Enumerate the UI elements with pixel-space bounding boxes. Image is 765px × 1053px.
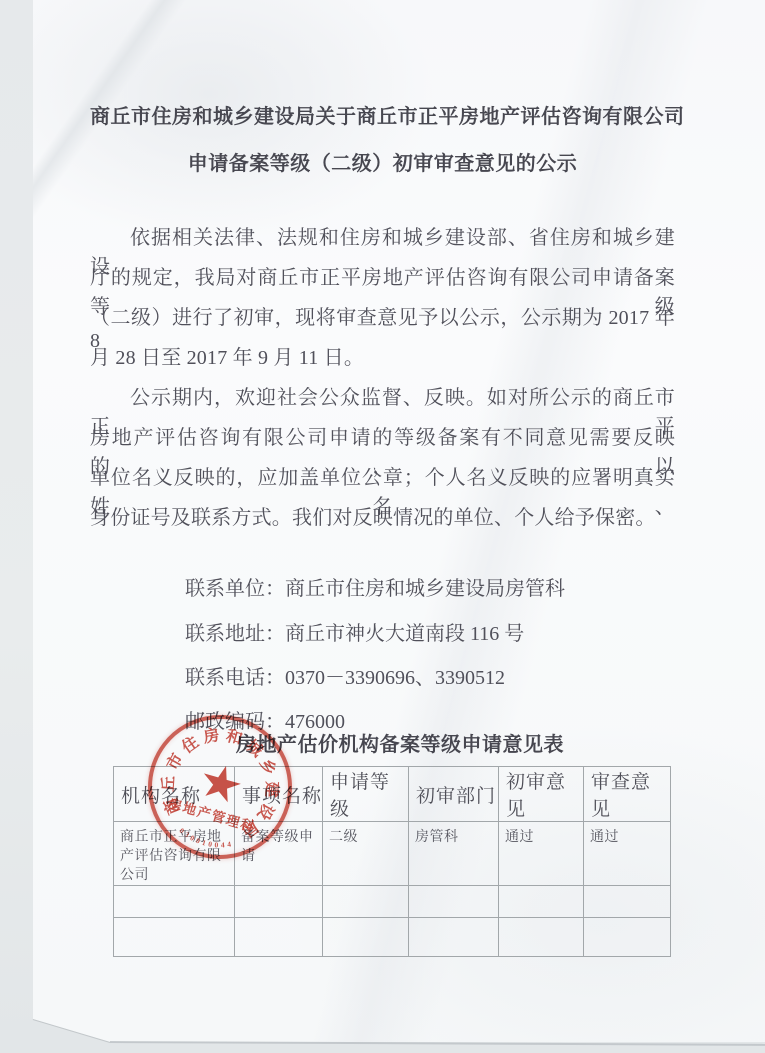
contact-address-line: 联系地址：商丘市神火大道南段 116 号	[185, 617, 524, 646]
scanned-document: 商丘市住房和城乡建设局关于商丘市正平房地产评估咨询有限公司 申请备案等级（二级）…	[0, 0, 765, 1053]
table-cell	[409, 886, 499, 918]
table-cell	[235, 886, 323, 918]
notice-title-line-1: 商丘市住房和城乡建设局关于商丘市正平房地产评估咨询有限公司	[90, 100, 675, 129]
table-row	[114, 918, 671, 957]
notice-document: 商丘市住房和城乡建设局关于商丘市正平房地产评估咨询有限公司 申请备案等级（二级）…	[0, 0, 765, 1053]
seal-arc-text-char: 丘	[155, 775, 179, 792]
table-cell	[323, 918, 409, 957]
table-cell	[499, 886, 584, 918]
table-cell	[114, 886, 235, 918]
table-cell	[409, 918, 499, 957]
contact-phone-line: 联系电话：0370－3390696、3390512	[185, 661, 505, 690]
contact-unit-line: 联系单位：商丘市住房和城乡建设局房管科	[185, 572, 565, 601]
header-cell-review-dept: 初审部门	[409, 767, 499, 822]
table-cell: 通过	[499, 822, 584, 886]
notice-title-line-2: 申请备案等级（二级）初审审查意见的公示	[90, 147, 675, 176]
paragraph-line: 身份证号及联系方式。我们对反映情况的单位、个人给予保密。	[90, 501, 675, 530]
paragraph-line: 月 28 日至 2017 年 9 月 11 日。	[90, 341, 675, 370]
table-cell	[499, 918, 584, 957]
table-cell	[584, 886, 671, 918]
header-cell-applied-grade: 申请等级	[323, 767, 409, 822]
table-row	[114, 886, 671, 918]
seal-arc-text-char: 建	[261, 781, 285, 798]
table-cell	[114, 918, 235, 957]
table-cell	[584, 918, 671, 957]
table-cell	[323, 886, 409, 918]
table-cell: 二级	[323, 822, 409, 886]
table-cell: 通过	[584, 822, 671, 886]
table-cell	[235, 918, 323, 957]
header-cell-audit-opinion: 审查意见	[584, 767, 671, 822]
seal-serial-char: 0	[214, 840, 218, 849]
table-cell: 房管科	[409, 822, 499, 886]
header-cell-review-opinion: 初审意见	[499, 767, 584, 822]
seal-serial-char: 4	[221, 840, 225, 849]
